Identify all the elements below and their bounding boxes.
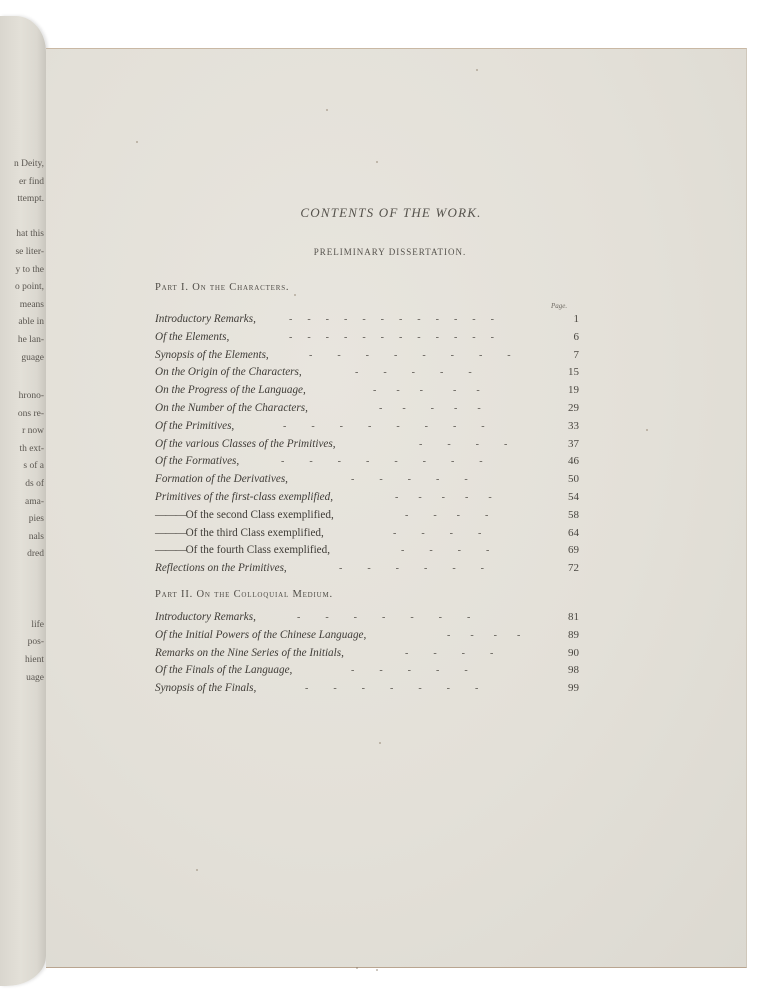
entry-title: ———Of the third Class exemplified, xyxy=(155,525,324,543)
entry-page: 1 xyxy=(574,311,580,329)
text-fragment: nals xyxy=(0,529,44,547)
dot-leaders: - - - - xyxy=(419,436,507,454)
foxing-speck xyxy=(376,969,378,971)
toc-entry: Primitives of the first-class exemplifie… xyxy=(155,489,579,507)
dot-leaders: - - - - - - - xyxy=(297,609,470,627)
entry-title: Synopsis of the Finals, xyxy=(155,680,256,698)
dot-leaders: - - - - - xyxy=(355,364,472,382)
dot-leaders: - - - - - - - - - - - - xyxy=(289,329,494,347)
entry-page: 54 xyxy=(568,489,579,507)
left-page-text-top: n Deity, er find ttempt. hat this se lit… xyxy=(0,156,44,367)
text-fragment: life xyxy=(0,617,44,635)
toc-entry: ———Of the second Class exemplified,- - -… xyxy=(155,507,579,525)
toc-entry: Of the Formatives,- - - - - - - -46 xyxy=(155,453,579,471)
entry-page: 7 xyxy=(574,347,580,365)
entry-page: 72 xyxy=(568,560,579,578)
dot-leaders: - - - - - - - - xyxy=(283,418,485,436)
toc-part-2: Introductory Remarks,- - - - - - -81 Of … xyxy=(155,609,579,698)
text-fragment: se liter- xyxy=(0,244,44,262)
text-fragment: y to the xyxy=(0,262,44,280)
ditto-rule: ——— xyxy=(155,527,186,539)
contents-page: CONTENTS OF THE WORK. PRELIMINARY DISSER… xyxy=(46,48,747,968)
dot-leaders: - - - - - - - - - - - - xyxy=(289,311,494,329)
subtitle-text: PRELIMINARY DISSERTATION. xyxy=(314,247,466,257)
text-fragment: he lan- xyxy=(0,332,44,350)
entry-title: Of the Elements, xyxy=(155,329,229,347)
foxing-speck xyxy=(136,141,138,143)
dot-leaders: - - - - - - - - xyxy=(281,453,483,471)
text-fragment: ons re- xyxy=(0,406,44,424)
entry-title: Primitives of the first-class exemplifie… xyxy=(155,489,333,507)
entry-title: Of the Formatives, xyxy=(155,453,239,471)
toc-entry: Synopsis of the Elements,- - - - - - - -… xyxy=(155,347,579,365)
entry-title: Formation of the Derivatives, xyxy=(155,471,288,489)
text-fragment: ama- xyxy=(0,494,44,512)
text-fragment: pies xyxy=(0,511,44,529)
toc-entry: Of the various Classes of the Primitives… xyxy=(155,436,579,454)
entry-title: Reflections on the Primitives, xyxy=(155,560,287,578)
title-text: CONTENTS OF THE WORK. xyxy=(300,205,481,221)
foxing-speck xyxy=(646,429,648,431)
dot-leaders: - - - - xyxy=(405,645,493,663)
dot-leaders: - - - - - - - - xyxy=(309,347,511,365)
toc-entry: On the Number of the Characters,- - - - … xyxy=(155,400,579,418)
toc-entry: Introductory Remarks,- - - - - - - - - -… xyxy=(155,311,579,329)
text-fragment: er find xyxy=(0,174,44,192)
text-fragment: guage xyxy=(0,350,44,368)
text-fragment: hat this xyxy=(0,226,44,244)
entry-title: Introductory Remarks, xyxy=(155,311,256,329)
toc-entry: Remarks on the Nine Series of the Initia… xyxy=(155,645,579,663)
entry-page: 64 xyxy=(568,525,579,543)
entry-title: ———Of the second Class exemplified, xyxy=(155,507,334,525)
text-fragment: n Deity, xyxy=(0,156,44,174)
text-fragment xyxy=(0,564,44,582)
entry-page: 46 xyxy=(568,453,579,471)
page-title: CONTENTS OF THE WORK. xyxy=(46,205,746,221)
entry-title: Of the Initial Powers of the Chinese Lan… xyxy=(155,627,366,645)
toc-entry: ———Of the fourth Class exemplified,- - -… xyxy=(155,542,579,560)
entry-page: 33 xyxy=(568,418,579,436)
text-fragment xyxy=(0,209,44,227)
page-column-label: Page. xyxy=(551,302,567,310)
ditto-rule: ——— xyxy=(155,544,186,556)
entry-page: 90 xyxy=(568,645,579,663)
entry-title: ———Of the fourth Class exemplified, xyxy=(155,542,330,560)
text-fragment xyxy=(0,599,44,617)
dot-leaders: - - - - xyxy=(405,507,488,525)
toc-entry: On the Origin of the Characters,- - - - … xyxy=(155,364,579,382)
entry-page: 98 xyxy=(568,662,579,680)
text-fragment: pos- xyxy=(0,634,44,652)
toc-entry: ———Of the third Class exemplified,- - - … xyxy=(155,525,579,543)
text-fragment: means xyxy=(0,297,44,315)
entry-title-text: Of the second Class exemplified, xyxy=(186,509,334,521)
dot-leaders: - - - - xyxy=(393,525,481,543)
entry-title-text: Of the fourth Class exemplified, xyxy=(186,544,330,556)
entry-page: 29 xyxy=(568,400,579,418)
toc-entry: Introductory Remarks,- - - - - - -81 xyxy=(155,609,579,627)
entry-title: On the Origin of the Characters, xyxy=(155,364,302,382)
entry-title: Introductory Remarks, xyxy=(155,609,256,627)
entry-page: 69 xyxy=(568,542,579,560)
foxing-speck xyxy=(379,742,381,744)
entry-page: 99 xyxy=(568,680,579,698)
toc-entry: Of the Initial Powers of the Chinese Lan… xyxy=(155,627,579,645)
toc-entry: Formation of the Derivatives,- - - - -50 xyxy=(155,471,579,489)
dot-leaders: - - - - xyxy=(447,627,520,645)
text-fragment: dred xyxy=(0,546,44,564)
text-fragment: o point, xyxy=(0,279,44,297)
text-fragment: ttempt. xyxy=(0,191,44,209)
ditto-rule: ——— xyxy=(155,509,186,521)
entry-page: 81 xyxy=(568,609,579,627)
foxing-speck xyxy=(376,161,378,163)
text-fragment: hient xyxy=(0,652,44,670)
entry-title: Of the Primitives, xyxy=(155,418,234,436)
part-heading: Part I. On the Characters. xyxy=(155,282,289,293)
foxing-speck xyxy=(356,967,358,969)
entry-title: On the Number of the Characters, xyxy=(155,400,308,418)
entry-title: Remarks on the Nine Series of the Initia… xyxy=(155,645,344,663)
toc-entry: Of the Finals of the Language,- - - - -9… xyxy=(155,662,579,680)
entry-page: 50 xyxy=(568,471,579,489)
entry-title: On the Progress of the Language, xyxy=(155,382,306,400)
toc-entry: Of the Primitives,- - - - - - - -33 xyxy=(155,418,579,436)
entry-page: 89 xyxy=(568,627,579,645)
toc-entry: Reflections on the Primitives,- - - - - … xyxy=(155,560,579,578)
text-fragment xyxy=(0,582,44,600)
entry-page: 6 xyxy=(574,329,580,347)
entry-page: 15 xyxy=(568,364,579,382)
entry-title: Of the Finals of the Language, xyxy=(155,662,292,680)
part-heading: Part II. On the Colloquial Medium. xyxy=(155,589,333,600)
facing-left-page: n Deity, er find ttempt. hat this se lit… xyxy=(0,16,46,986)
text-fragment: th ext- xyxy=(0,441,44,459)
toc-entry: On the Progress of the Language,- - - - … xyxy=(155,382,579,400)
section-subtitle: PRELIMINARY DISSERTATION. xyxy=(46,247,746,257)
toc-part-1: Introductory Remarks,- - - - - - - - - -… xyxy=(155,311,579,578)
foxing-speck xyxy=(476,69,478,71)
text-fragment: r now xyxy=(0,423,44,441)
foxing-speck xyxy=(326,109,328,111)
dot-leaders: - - - - - xyxy=(351,662,468,680)
foxing-speck xyxy=(196,869,198,871)
entry-page: 58 xyxy=(568,507,579,525)
text-fragment: uage xyxy=(0,670,44,688)
entry-page: 37 xyxy=(568,436,579,454)
text-fragment: s of a xyxy=(0,458,44,476)
dot-leaders: - - - - xyxy=(401,542,489,560)
text-fragment: able in xyxy=(0,314,44,332)
text-fragment: ds of xyxy=(0,476,44,494)
dot-leaders: - - - - - xyxy=(379,400,481,418)
dot-leaders: - - - - - xyxy=(351,471,468,489)
text-fragment: hrono- xyxy=(0,388,44,406)
dot-leaders: - - - - - xyxy=(395,489,492,507)
toc-entry: Synopsis of the Finals,- - - - - - -99 xyxy=(155,680,579,698)
entry-page: 19 xyxy=(568,382,579,400)
entry-title-text: Of the third Class exemplified, xyxy=(186,527,324,539)
dot-leaders: - - - - - - xyxy=(339,560,484,578)
entry-title: Synopsis of the Elements, xyxy=(155,347,269,365)
toc-entry: Of the Elements,- - - - - - - - - - - -6 xyxy=(155,329,579,347)
foxing-speck xyxy=(294,294,296,296)
left-page-text-bottom: hrono- ons re- r now th ext- s of a ds o… xyxy=(0,388,44,687)
dot-leaders: - - - - - - - xyxy=(305,680,478,698)
dot-leaders: - - - - - xyxy=(373,382,480,400)
entry-title: Of the various Classes of the Primitives… xyxy=(155,436,336,454)
